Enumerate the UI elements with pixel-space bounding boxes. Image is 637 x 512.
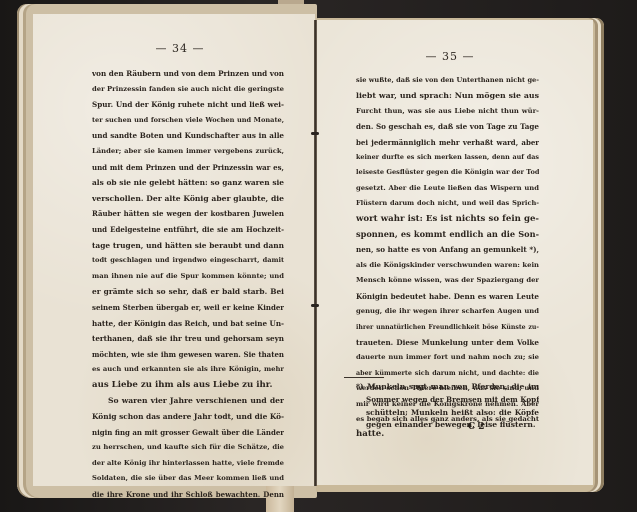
left-page-body: von den Räubern und von dem Prinzen und … — [92, 66, 284, 503]
text-line: Räuber hätten sie wegen der kostbaren Ju… — [92, 206, 284, 222]
text-line: leiseste Gesflüster gegen die Königin wa… — [356, 165, 539, 180]
text-line: genug, die ihr wegen ihrer scharfen Auge… — [356, 304, 539, 319]
page-number-right: — 35 — — [420, 50, 480, 63]
text-line: ihrer unnatürlichen Freundlichkeit böse … — [356, 320, 539, 335]
text-line: der Prinzessin fanden sie auch nicht die… — [92, 82, 284, 98]
text-line: möchten, wie sie ihm gewesen waren. Sie … — [92, 347, 284, 363]
text-line: man ihnen nie auf die Spur kommen könnte… — [92, 269, 284, 285]
footnote-rule — [344, 377, 384, 378]
text-line: traueten. Diese Munkelung unter dem Volk… — [356, 335, 539, 350]
text-line: Mensch könne wissen, was der Spaziergang… — [356, 273, 539, 288]
text-line: Königin bedeutet habe. Denn es waren Leu… — [356, 289, 539, 304]
text-line: aus Liebe zu ihm als aus Liebe zu ihr. — [92, 378, 284, 394]
text-line: den. So geschah es, daß sie von Tage zu … — [356, 119, 539, 134]
text-line: bei jedermänniglich mehr verhaßt ward, a… — [356, 135, 539, 150]
binding-stitch — [311, 304, 319, 307]
text-line: die ihre Krone und ihr Schloß bewachten.… — [92, 487, 284, 503]
text-line: von den Räubern und von dem Prinzen und … — [92, 66, 284, 82]
text-line: verschollen. Der alte König aber glaubte… — [92, 191, 284, 207]
text-line: liebt war, und sprach: Nun mögen sie aus — [356, 88, 539, 103]
text-line: terthanen, daß sie ihr treu und gehorsam… — [92, 331, 284, 347]
text-line: und Edelgesteine entführt, die sie am Ho… — [92, 222, 284, 238]
text-line: tage trugen, und hätten sie beraubt und … — [92, 238, 284, 254]
text-line: zu herrschen, und kaufte sich für die Sc… — [92, 440, 284, 456]
text-line: Länder; aber sie kamen immer vergebens z… — [92, 144, 284, 160]
text-line: als ob sie nie gelebt hätten: so ganz wa… — [92, 175, 284, 191]
text-line: Soldaten, die sie über das Meer kommen l… — [92, 471, 284, 487]
text-line: und sandte Boten und Kundschafter aus in… — [92, 128, 284, 144]
text-line: Spur. Und der König ruhete nicht und lie… — [92, 97, 284, 113]
signature-mark: C 2 — [468, 422, 485, 432]
text-line: Flüstern darum doch nicht, und weil das … — [356, 196, 539, 211]
footnote-line: Sommer wegen der Bremsen mit dem Kopf — [356, 394, 539, 407]
text-line: nigin fing an mit grosser Gewalt über di… — [92, 425, 284, 441]
text-line: Furcht thun, was sie aus Liebe nicht thu… — [356, 104, 539, 119]
text-line: wort wahr ist: Es ist nichts so fein ge- — [356, 212, 539, 227]
text-line: sie wußte, daß sie von den Unterthanen n… — [356, 73, 539, 88]
footnote-line: gegen einander bewegen, leise flüstern. — [356, 419, 539, 432]
text-line: nen, so hatte es von Anfang an gemunkelt… — [356, 242, 539, 257]
footnote-line: schütteln; Munkeln heißt also: die Köpfe — [356, 407, 539, 420]
book-gutter — [314, 20, 317, 486]
page-number-left: — 34 — — [150, 42, 210, 55]
footnote: *) Munkeln sagt man von Pferden, die im … — [356, 381, 539, 432]
text-line: hatte, der Königin das Reich, und bat se… — [92, 316, 284, 332]
binding-stitch — [311, 132, 319, 135]
text-line: seinem Sterben übergab er, weil er keine… — [92, 300, 284, 316]
text-line: ter suchen und forschen viele Wochen und… — [92, 113, 284, 129]
text-line: sponnen, es kommt endlich an die Son- — [356, 227, 539, 242]
text-line: der alte König ihr hinterlassen hatte, v… — [92, 456, 284, 472]
text-line: er grämte sich so sehr, daß er bald star… — [92, 284, 284, 300]
text-line: und mit dem Prinzen und der Prinzessin w… — [92, 160, 284, 176]
text-line: es auch und erkannten sie als ihre König… — [92, 362, 284, 378]
text-line: So waren vier Jahre verschienen und der — [92, 393, 284, 409]
text-line: dauerte nun immer fort und nahm noch zu;… — [356, 350, 539, 365]
text-line: als die Königskinder verschwunden waren:… — [356, 258, 539, 273]
text-line: gesetzt. Aber die Leute ließen das Wispe… — [356, 181, 539, 196]
text-line: König schon das andere Jahr todt, und di… — [92, 409, 284, 425]
footnote-line: *) Munkeln sagt man von Pferden, die im — [356, 381, 539, 394]
text-line: todt geschlagen und irgendwo eingescharr… — [92, 253, 284, 269]
text-line: keiner durfte es sich merken lassen, den… — [356, 150, 539, 165]
text-line: aber kümmerte sich darum nicht, und dach… — [356, 366, 539, 381]
